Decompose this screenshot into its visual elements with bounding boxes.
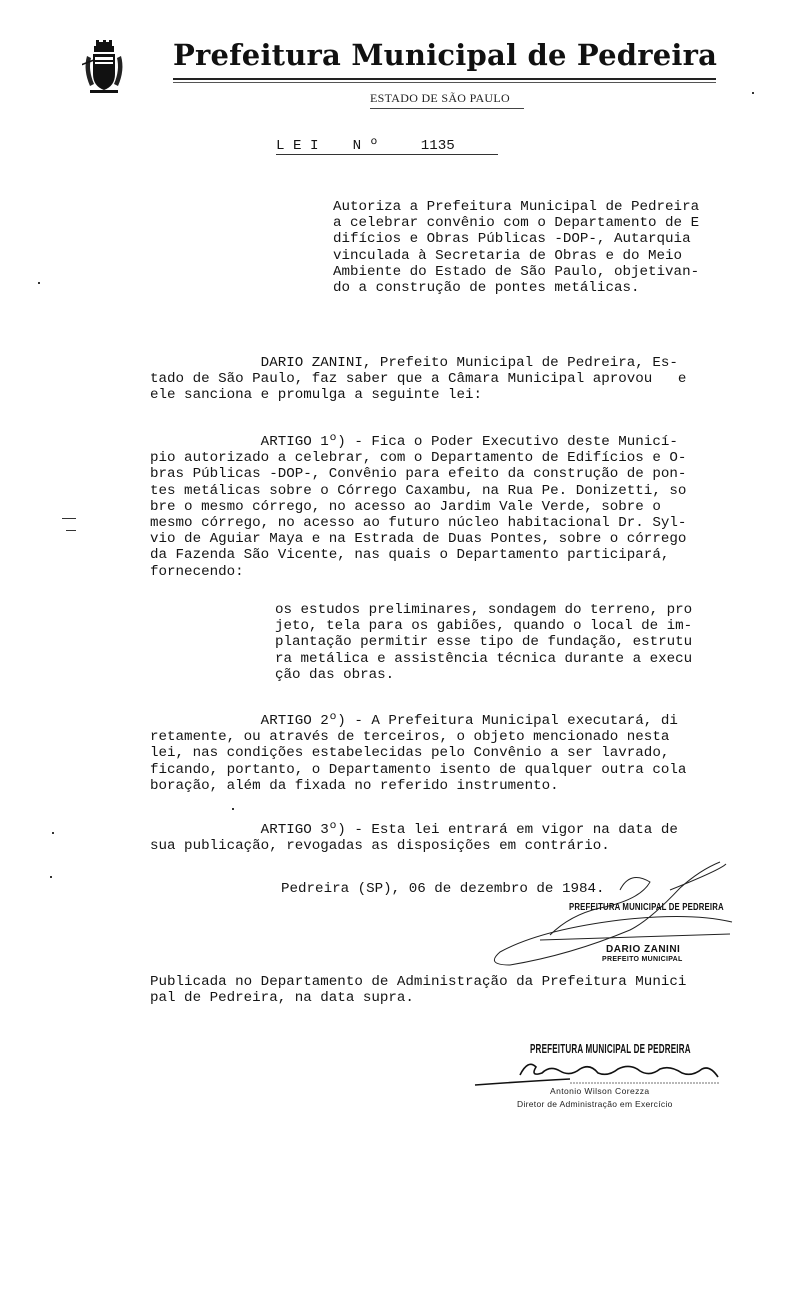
director-stamp: PREFEITURA MUNICIPAL DE PEDREIRA (530, 1041, 691, 1056)
title-rule (173, 78, 716, 80)
director-name: Antonio Wilson Corezza (550, 1086, 650, 1096)
mayor-stamp: PREFEITURA MUNICIPAL DE PEDREIRA (569, 902, 724, 913)
director-role: Diretor de Administração em Exercício (517, 1099, 673, 1109)
mayor-role: PREFEITO MUNICIPAL (602, 956, 683, 963)
scan-speck (38, 282, 40, 284)
letterhead-title: Prefeitura Municipal de Pedreira (173, 38, 717, 72)
scan-speck (52, 832, 54, 834)
scan-speck (232, 808, 234, 810)
letterhead-subtitle: ESTADO DE SÃO PAULO (370, 91, 510, 106)
scan-speck (50, 876, 52, 878)
scan-speck (66, 530, 76, 531)
scan-speck (62, 518, 76, 519)
article-3: ARTIGO 3º) - Esta lei entrará em vigor n… (150, 822, 678, 854)
title-rule-thin (173, 82, 716, 83)
article-2: ARTIGO 2º) - A Prefeitura Municipal exec… (150, 713, 686, 794)
law-number: L E I N º 1135 (276, 138, 455, 154)
article-1: ARTIGO 1º) - Fica o Poder Executivo dest… (150, 434, 686, 580)
publication-note: Publicada no Departamento de Administraç… (150, 974, 686, 1006)
subtitle-rule (370, 108, 524, 109)
law-summary: Autoriza a Prefeitura Municipal de Pedre… (333, 199, 699, 296)
law-number-rule (276, 154, 498, 155)
article-1-provisions: os estudos preliminares, sondagem do ter… (275, 602, 692, 683)
coat-of-arms-icon (82, 40, 126, 96)
enactment-intro: DARIO ZANINI, Prefeito Municipal de Pedr… (150, 355, 686, 404)
scan-speck (752, 92, 754, 94)
mayor-name: DARIO ZANINI (606, 944, 680, 955)
